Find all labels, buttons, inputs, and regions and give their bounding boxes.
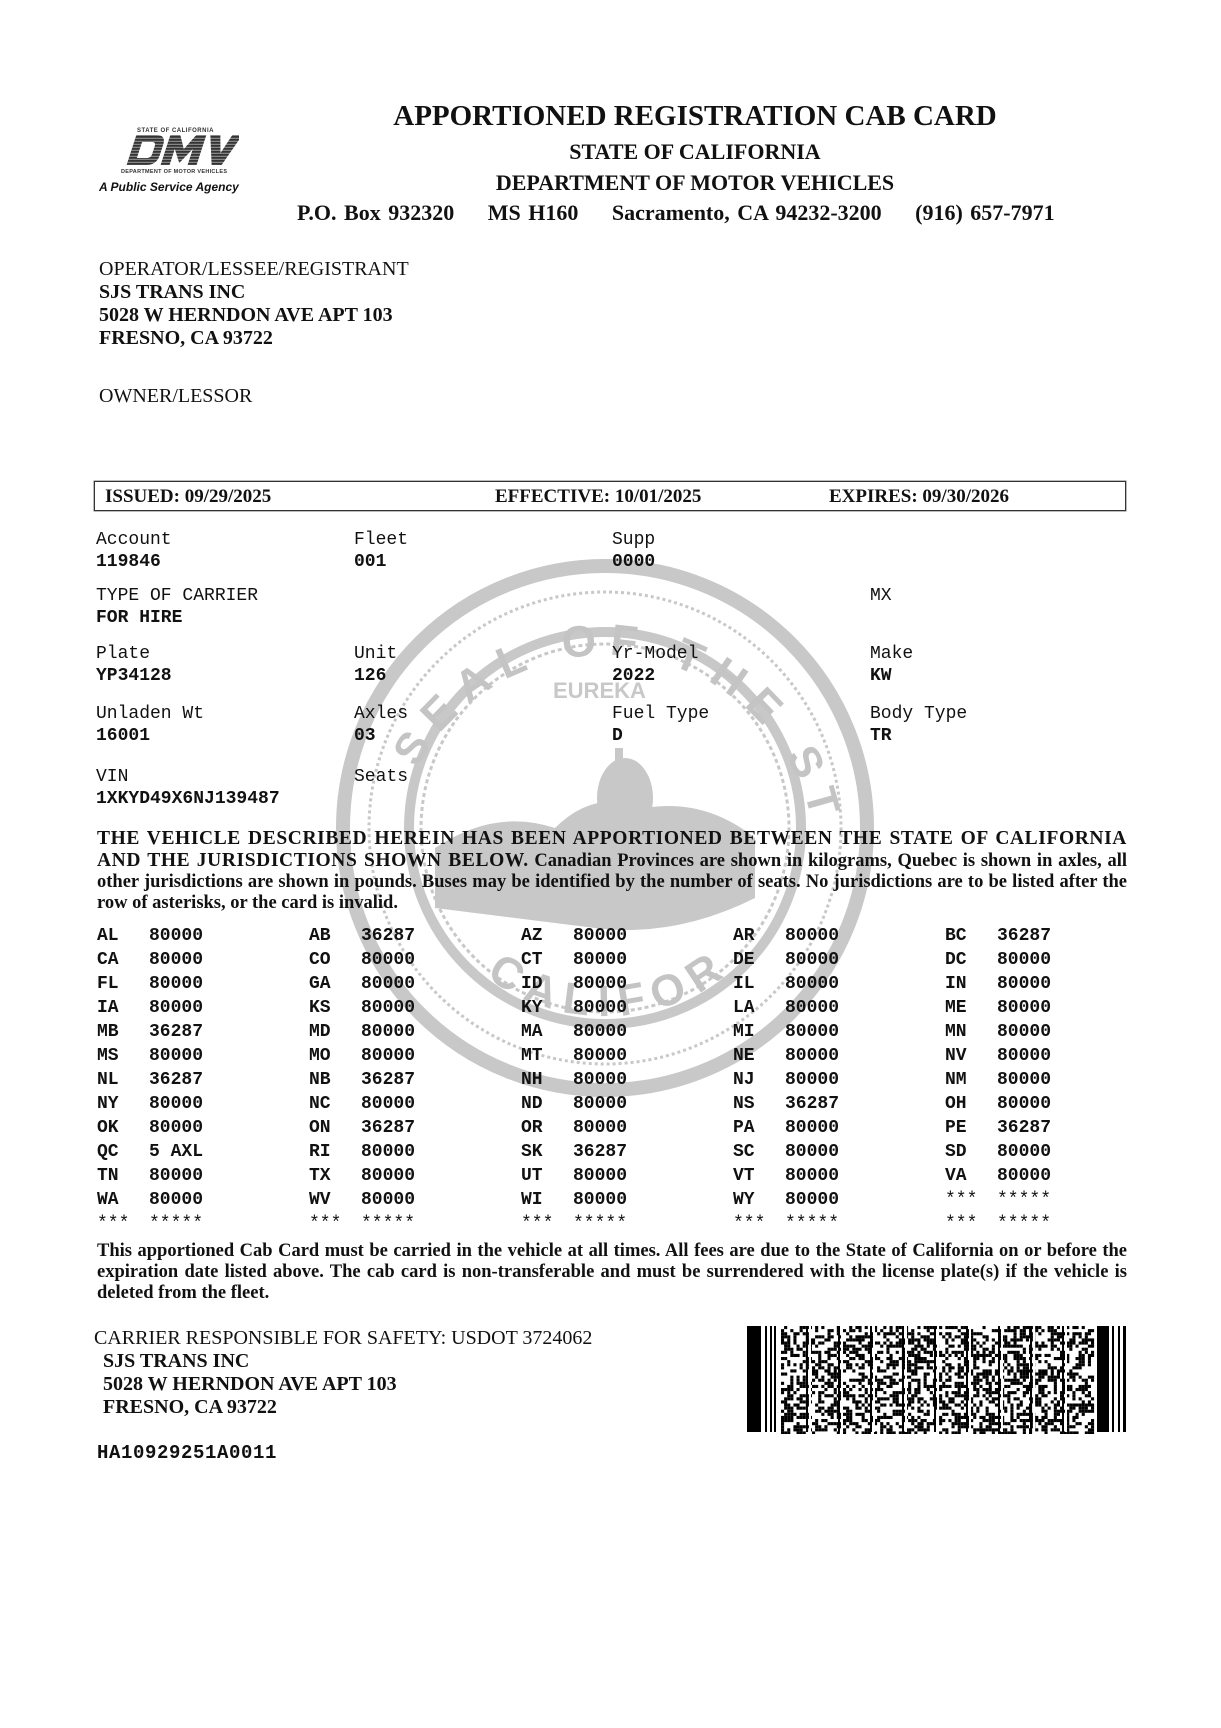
make-value: KW [870, 665, 913, 687]
jurisdiction-code: BC [945, 926, 997, 946]
jurisdiction-weight: 80000 [149, 998, 203, 1018]
jurisdiction-cell: KY80000 [521, 998, 627, 1018]
operator-block: OPERATOR/LESSEE/REGISTRANT SJS TRANS INC… [99, 258, 409, 350]
jurisdiction-weight: 80000 [361, 1046, 415, 1066]
control-number: HA10929251A0011 [97, 1442, 277, 1464]
jurisdiction-cell: SC80000 [733, 1142, 839, 1162]
fleet-field: Fleet 001 [354, 529, 408, 573]
logo-department-text: DEPARTMENT OF MOTOR VEHICLES [121, 169, 227, 175]
jurisdiction-weight: 80000 [149, 1166, 203, 1186]
jurisdiction-cell: MD80000 [309, 1022, 415, 1042]
jurisdiction-cell: IL80000 [733, 974, 839, 994]
jurisdiction-weight: 80000 [997, 1046, 1051, 1066]
jurisdiction-code: MB [97, 1022, 149, 1042]
cab-card-carry-notice: This apportioned Cab Card must be carrie… [97, 1241, 1127, 1304]
state-name: STATE OF CALIFORNIA [280, 139, 1110, 165]
jurisdiction-code: SD [945, 1142, 997, 1162]
jurisdiction-code: IN [945, 974, 997, 994]
jurisdiction-code: KY [521, 998, 573, 1018]
jurisdiction-cell: ID80000 [521, 974, 627, 994]
jurisdiction-cell: NE80000 [733, 1046, 839, 1066]
operator-city: FRESNO, CA 93722 [99, 327, 409, 350]
jurisdiction-weight: 80000 [573, 1070, 627, 1090]
jurisdiction-cell: UT80000 [521, 1166, 627, 1186]
jurisdiction-code: NY [97, 1094, 149, 1114]
jurisdiction-weight: 80000 [997, 950, 1051, 970]
jurisdiction-row: OK80000ON36287OR80000PA80000PE36287 [97, 1118, 1137, 1142]
owner-block: OWNER/LESSOR [99, 385, 252, 408]
jurisdiction-code: *** [309, 1214, 361, 1234]
jurisdiction-code: NH [521, 1070, 573, 1090]
yr-model-value: 2022 [612, 665, 698, 687]
jurisdiction-weight: 80000 [149, 974, 203, 994]
jurisdiction-cell: OK80000 [97, 1118, 203, 1138]
agency-city: Sacramento, CA 94232-3200 [612, 200, 882, 225]
jurisdiction-cell: OR80000 [521, 1118, 627, 1138]
jurisdiction-cell: PA80000 [733, 1118, 839, 1138]
jurisdiction-row: FL80000GA80000ID80000IL80000IN80000 [97, 974, 1137, 998]
jurisdiction-weight: ***** [997, 1190, 1051, 1210]
jurisdiction-code: GA [309, 974, 361, 994]
jurisdiction-code: ME [945, 998, 997, 1018]
jurisdiction-cell: GA80000 [309, 974, 415, 994]
account-label: Account [96, 529, 172, 551]
jurisdiction-cell: AB36287 [309, 926, 415, 946]
jurisdiction-weight: 36287 [149, 1070, 203, 1090]
jurisdiction-cell: TX80000 [309, 1166, 415, 1186]
jurisdiction-weights-table: AL80000AB36287AZ80000AR80000BC36287CA800… [97, 926, 1137, 1238]
plate-value: YP34128 [96, 665, 172, 687]
jurisdiction-weight: 80000 [149, 1046, 203, 1066]
jurisdiction-cell: ME80000 [945, 998, 1051, 1018]
jurisdiction-cell: ******** [733, 1214, 839, 1234]
jurisdiction-cell: MI80000 [733, 1022, 839, 1042]
seats-label: Seats [354, 766, 408, 788]
jurisdiction-code: MS [97, 1046, 149, 1066]
jurisdiction-weight: 80000 [149, 1094, 203, 1114]
jurisdiction-cell: MA80000 [521, 1022, 627, 1042]
jurisdiction-cell: NJ80000 [733, 1070, 839, 1090]
jurisdiction-code: OK [97, 1118, 149, 1138]
vin-value: 1XKYD49X6NJ139487 [96, 788, 280, 810]
jurisdiction-row: **************************************** [97, 1214, 1137, 1238]
jurisdiction-weight: ***** [785, 1214, 839, 1234]
make-label: Make [870, 643, 913, 665]
jurisdiction-cell: MN80000 [945, 1022, 1051, 1042]
jurisdiction-weight: 80000 [997, 998, 1051, 1018]
jurisdiction-weight: 80000 [573, 950, 627, 970]
jurisdiction-weight: 36287 [573, 1142, 627, 1162]
jurisdiction-row: CA80000CO80000CT80000DE80000DC80000 [97, 950, 1137, 974]
jurisdiction-code: DE [733, 950, 785, 970]
jurisdiction-weight: 80000 [149, 1190, 203, 1210]
jurisdiction-code: *** [97, 1214, 149, 1234]
jurisdiction-cell: DC80000 [945, 950, 1051, 970]
jurisdiction-code: AR [733, 926, 785, 946]
fleet-value: 001 [354, 551, 408, 573]
jurisdiction-cell: VT80000 [733, 1166, 839, 1186]
carrier-type-value: FOR HIRE [96, 607, 258, 629]
fuel-type-value: D [612, 725, 709, 747]
jurisdiction-cell: ON36287 [309, 1118, 415, 1138]
jurisdiction-code: WI [521, 1190, 573, 1210]
jurisdiction-code: NS [733, 1094, 785, 1114]
jurisdiction-cell: NV80000 [945, 1046, 1051, 1066]
jurisdiction-row: TN80000TX80000UT80000VT80000VA80000 [97, 1166, 1137, 1190]
fuel-type-label: Fuel Type [612, 703, 709, 725]
body-type-field: Body Type TR [870, 703, 967, 747]
jurisdiction-weight: 80000 [361, 1166, 415, 1186]
supp-field: Supp 0000 [612, 529, 655, 573]
jurisdiction-code: *** [521, 1214, 573, 1234]
unit-value: 126 [354, 665, 397, 687]
effective-date: EFFECTIVE: 10/01/2025 [495, 486, 701, 508]
mail-stop: MS H160 [488, 200, 579, 225]
carrier-safety-block: CARRIER RESPONSIBLE FOR SAFETY: USDOT 37… [94, 1327, 592, 1419]
jurisdiction-weight: 80000 [785, 1142, 839, 1162]
jurisdiction-code: OR [521, 1118, 573, 1138]
jurisdiction-cell: NY80000 [97, 1094, 203, 1114]
carrier-safety-label: CARRIER RESPONSIBLE FOR SAFETY: USDOT 37… [94, 1327, 592, 1350]
jurisdiction-code: CO [309, 950, 361, 970]
jurisdiction-cell: DE80000 [733, 950, 839, 970]
unit-field: Unit 126 [354, 643, 397, 687]
jurisdiction-weight: 36287 [997, 926, 1051, 946]
jurisdiction-code: TN [97, 1166, 149, 1186]
jurisdiction-code: VT [733, 1166, 785, 1186]
mx-field: MX [870, 585, 892, 607]
carrier-city: FRESNO, CA 93722 [94, 1396, 592, 1419]
jurisdiction-code: NE [733, 1046, 785, 1066]
jurisdiction-code: *** [733, 1214, 785, 1234]
yr-model-field: Yr-Model 2022 [612, 643, 698, 687]
po-box: P.O. Box 932320 [297, 200, 454, 225]
jurisdiction-code: MO [309, 1046, 361, 1066]
jurisdiction-cell: AL80000 [97, 926, 203, 946]
jurisdiction-row: WA80000WV80000WI80000WY80000******** [97, 1190, 1137, 1214]
jurisdiction-code: NC [309, 1094, 361, 1114]
jurisdiction-cell: WY80000 [733, 1190, 839, 1210]
dmv-wordmark-icon [121, 133, 239, 167]
plate-label: Plate [96, 643, 172, 665]
jurisdiction-weight: ***** [573, 1214, 627, 1234]
jurisdiction-cell: KS80000 [309, 998, 415, 1018]
pdf417-barcode-icon [745, 1318, 1129, 1434]
jurisdiction-weight: 80000 [573, 1166, 627, 1186]
make-field: Make KW [870, 643, 913, 687]
body-type-value: TR [870, 725, 967, 747]
jurisdiction-code: WV [309, 1190, 361, 1210]
carrier-type-label: TYPE OF CARRIER [96, 585, 258, 607]
jurisdiction-weight: 80000 [361, 1094, 415, 1114]
jurisdiction-weight: ***** [997, 1214, 1051, 1234]
jurisdiction-cell: NH80000 [521, 1070, 627, 1090]
jurisdiction-row: IA80000KS80000KY80000LA80000ME80000 [97, 998, 1137, 1022]
jurisdiction-code: PA [733, 1118, 785, 1138]
jurisdiction-cell: NS36287 [733, 1094, 839, 1114]
fuel-type-field: Fuel Type D [612, 703, 709, 747]
jurisdiction-code: NM [945, 1070, 997, 1090]
jurisdiction-weight: ***** [149, 1214, 203, 1234]
jurisdiction-cell: MB36287 [97, 1022, 203, 1042]
jurisdiction-code: *** [945, 1214, 997, 1234]
jurisdiction-code: CA [97, 950, 149, 970]
jurisdiction-code: SK [521, 1142, 573, 1162]
jurisdiction-weight: 80000 [573, 1190, 627, 1210]
jurisdiction-weight: 80000 [997, 1022, 1051, 1042]
jurisdiction-weight: 80000 [361, 1142, 415, 1162]
jurisdiction-code: QC [97, 1142, 149, 1162]
jurisdiction-cell: FL80000 [97, 974, 203, 994]
jurisdiction-weight: 80000 [361, 998, 415, 1018]
jurisdiction-weight: ***** [361, 1214, 415, 1234]
jurisdiction-code: NJ [733, 1070, 785, 1090]
jurisdiction-code: IA [97, 998, 149, 1018]
jurisdiction-cell: ******** [945, 1214, 1051, 1234]
jurisdiction-cell: IN80000 [945, 974, 1051, 994]
jurisdiction-cell: ******** [945, 1190, 1051, 1210]
plate-field: Plate YP34128 [96, 643, 172, 687]
jurisdiction-cell: WI80000 [521, 1190, 627, 1210]
jurisdiction-cell: CA80000 [97, 950, 203, 970]
vin-label: VIN [96, 766, 280, 788]
jurisdiction-cell: AZ80000 [521, 926, 627, 946]
mx-label: MX [870, 585, 892, 607]
supp-value: 0000 [612, 551, 655, 573]
operator-street: 5028 W HERNDON AVE APT 103 [99, 304, 409, 327]
jurisdiction-weight: 5 AXL [149, 1142, 203, 1162]
jurisdiction-weight: 80000 [997, 1094, 1051, 1114]
axles-label: Axles [354, 703, 408, 725]
jurisdiction-row: QC5 AXLRI80000SK36287SC80000SD80000 [97, 1142, 1137, 1166]
jurisdiction-cell: NB36287 [309, 1070, 415, 1090]
jurisdiction-code: NB [309, 1070, 361, 1090]
jurisdiction-cell: RI80000 [309, 1142, 415, 1162]
jurisdiction-cell: ******** [97, 1214, 203, 1234]
jurisdiction-cell: WV80000 [309, 1190, 415, 1210]
jurisdiction-weight: 80000 [361, 1190, 415, 1210]
jurisdiction-cell: MO80000 [309, 1046, 415, 1066]
jurisdiction-cell: ******** [309, 1214, 415, 1234]
jurisdiction-code: LA [733, 998, 785, 1018]
axles-value: 03 [354, 725, 408, 747]
jurisdiction-cell: CT80000 [521, 950, 627, 970]
carrier-name: SJS TRANS INC [94, 1350, 592, 1373]
jurisdiction-weight: 80000 [361, 1022, 415, 1042]
jurisdiction-row: NL36287NB36287NH80000NJ80000NM80000 [97, 1070, 1137, 1094]
jurisdiction-code: FL [97, 974, 149, 994]
seats-field: Seats [354, 766, 408, 788]
jurisdiction-weight: 80000 [785, 950, 839, 970]
jurisdiction-code: NV [945, 1046, 997, 1066]
issued-date: ISSUED: 09/29/2025 [105, 486, 271, 508]
jurisdiction-weight: 80000 [997, 1142, 1051, 1162]
fleet-label: Fleet [354, 529, 408, 551]
jurisdiction-code: TX [309, 1166, 361, 1186]
jurisdiction-row: MS80000MO80000MT80000NE80000NV80000 [97, 1046, 1137, 1070]
jurisdiction-cell: PE36287 [945, 1118, 1051, 1138]
jurisdiction-weight: 80000 [573, 1046, 627, 1066]
unladen-wt-label: Unladen Wt [96, 703, 204, 725]
vin-field: VIN 1XKYD49X6NJ139487 [96, 766, 280, 810]
jurisdiction-code: AB [309, 926, 361, 946]
jurisdiction-code: AL [97, 926, 149, 946]
jurisdiction-code: NL [97, 1070, 149, 1090]
jurisdiction-weight: 80000 [785, 1166, 839, 1186]
jurisdiction-weight: 80000 [149, 950, 203, 970]
jurisdiction-code: SC [733, 1142, 785, 1162]
jurisdiction-weight: 80000 [997, 1166, 1051, 1186]
jurisdiction-weight: 36287 [149, 1022, 203, 1042]
jurisdiction-weight: 80000 [573, 1094, 627, 1114]
jurisdiction-weight: 80000 [997, 1070, 1051, 1090]
jurisdiction-code: CT [521, 950, 573, 970]
jurisdiction-code: ON [309, 1118, 361, 1138]
jurisdiction-weight: 80000 [573, 1022, 627, 1042]
jurisdiction-cell: NM80000 [945, 1070, 1051, 1090]
jurisdiction-code: VA [945, 1166, 997, 1186]
jurisdiction-code: MI [733, 1022, 785, 1042]
jurisdiction-row: NY80000NC80000ND80000NS36287OH80000 [97, 1094, 1137, 1118]
jurisdiction-code: MT [521, 1046, 573, 1066]
jurisdiction-cell: MT80000 [521, 1046, 627, 1066]
jurisdiction-code: *** [945, 1190, 997, 1210]
expires-date: EXPIRES: 09/30/2026 [829, 486, 1009, 508]
jurisdiction-weight: 80000 [573, 1118, 627, 1138]
jurisdiction-cell: VA80000 [945, 1166, 1051, 1186]
jurisdiction-weight: 80000 [785, 974, 839, 994]
document-title: APPORTIONED REGISTRATION CAB CARD [280, 100, 1110, 133]
jurisdiction-cell: QC5 AXL [97, 1142, 203, 1162]
jurisdiction-row: MB36287MD80000MA80000MI80000MN80000 [97, 1022, 1137, 1046]
jurisdiction-code: UT [521, 1166, 573, 1186]
jurisdiction-weight: 80000 [149, 1118, 203, 1138]
jurisdiction-cell: AR80000 [733, 926, 839, 946]
jurisdiction-weight: 36287 [361, 926, 415, 946]
jurisdiction-cell: NC80000 [309, 1094, 415, 1114]
operator-name: SJS TRANS INC [99, 281, 409, 304]
jurisdiction-code: ID [521, 974, 573, 994]
jurisdiction-cell: CO80000 [309, 950, 415, 970]
jurisdiction-weight: 80000 [785, 1118, 839, 1138]
unit-label: Unit [354, 643, 397, 665]
jurisdiction-cell: ND80000 [521, 1094, 627, 1114]
jurisdiction-code: PE [945, 1118, 997, 1138]
body-type-label: Body Type [870, 703, 967, 725]
jurisdiction-weight: 80000 [785, 1190, 839, 1210]
jurisdiction-cell: WA80000 [97, 1190, 203, 1210]
axles-field: Axles 03 [354, 703, 408, 747]
jurisdiction-weight: 80000 [573, 974, 627, 994]
carrier-street: 5028 W HERNDON AVE APT 103 [94, 1373, 592, 1396]
jurisdiction-cell: LA80000 [733, 998, 839, 1018]
jurisdiction-weight: 36287 [361, 1118, 415, 1138]
jurisdiction-weight: 80000 [573, 926, 627, 946]
carrier-type-field: TYPE OF CARRIER FOR HIRE [96, 585, 258, 629]
apportionment-notice: THE VEHICLE DESCRIBED HEREIN HAS BEEN AP… [97, 828, 1127, 914]
jurisdiction-weight: 36287 [785, 1094, 839, 1114]
logo-tagline: A Public Service Agency [99, 180, 239, 194]
owner-label: OWNER/LESSOR [99, 385, 252, 408]
jurisdiction-cell: MS80000 [97, 1046, 203, 1066]
jurisdiction-cell: NL36287 [97, 1070, 203, 1090]
jurisdiction-code: OH [945, 1094, 997, 1114]
jurisdiction-cell: SD80000 [945, 1142, 1051, 1162]
unladen-wt-value: 16001 [96, 725, 204, 747]
jurisdiction-weight: 80000 [785, 926, 839, 946]
department-name: DEPARTMENT OF MOTOR VEHICLES [280, 170, 1110, 196]
jurisdiction-weight: 80000 [361, 950, 415, 970]
jurisdiction-code: WY [733, 1190, 785, 1210]
jurisdiction-cell: OH80000 [945, 1094, 1051, 1114]
yr-model-label: Yr-Model [612, 643, 698, 665]
account-field: Account 119846 [96, 529, 172, 573]
jurisdiction-code: RI [309, 1142, 361, 1162]
jurisdiction-weight: 80000 [785, 998, 839, 1018]
jurisdiction-weight: 80000 [573, 998, 627, 1018]
jurisdiction-row: AL80000AB36287AZ80000AR80000BC36287 [97, 926, 1137, 950]
jurisdiction-cell: SK36287 [521, 1142, 627, 1162]
agency-phone: (916) 657-7971 [915, 200, 1054, 225]
jurisdiction-weight: 80000 [785, 1046, 839, 1066]
jurisdiction-cell: BC36287 [945, 926, 1051, 946]
jurisdiction-weight: 80000 [785, 1070, 839, 1090]
supp-label: Supp [612, 529, 655, 551]
jurisdiction-code: WA [97, 1190, 149, 1210]
jurisdiction-weight: 80000 [361, 974, 415, 994]
dmv-logo-icon: STATE OF CALIFORNIA DEPARTMENT OF MOTOR … [95, 128, 255, 198]
jurisdiction-cell: TN80000 [97, 1166, 203, 1186]
jurisdiction-weight: 80000 [785, 1022, 839, 1042]
jurisdiction-cell: ******** [521, 1214, 627, 1234]
agency-address: P.O. Box 932320 MS H160 Sacramento, CA 9… [297, 200, 1127, 226]
jurisdiction-weight: 36287 [361, 1070, 415, 1090]
jurisdiction-cell: IA80000 [97, 998, 203, 1018]
jurisdiction-code: DC [945, 950, 997, 970]
registration-dates-box: ISSUED: 09/29/2025 EFFECTIVE: 10/01/2025… [94, 481, 1126, 511]
jurisdiction-code: AZ [521, 926, 573, 946]
jurisdiction-weight: 80000 [997, 974, 1051, 994]
jurisdiction-code: ND [521, 1094, 573, 1114]
jurisdiction-weight: 80000 [149, 926, 203, 946]
account-value: 119846 [96, 551, 172, 573]
jurisdiction-code: IL [733, 974, 785, 994]
jurisdiction-code: KS [309, 998, 361, 1018]
jurisdiction-weight: 36287 [997, 1118, 1051, 1138]
unladen-wt-field: Unladen Wt 16001 [96, 703, 204, 747]
jurisdiction-code: MN [945, 1022, 997, 1042]
operator-label: OPERATOR/LESSEE/REGISTRANT [99, 258, 409, 281]
jurisdiction-code: MA [521, 1022, 573, 1042]
jurisdiction-code: MD [309, 1022, 361, 1042]
